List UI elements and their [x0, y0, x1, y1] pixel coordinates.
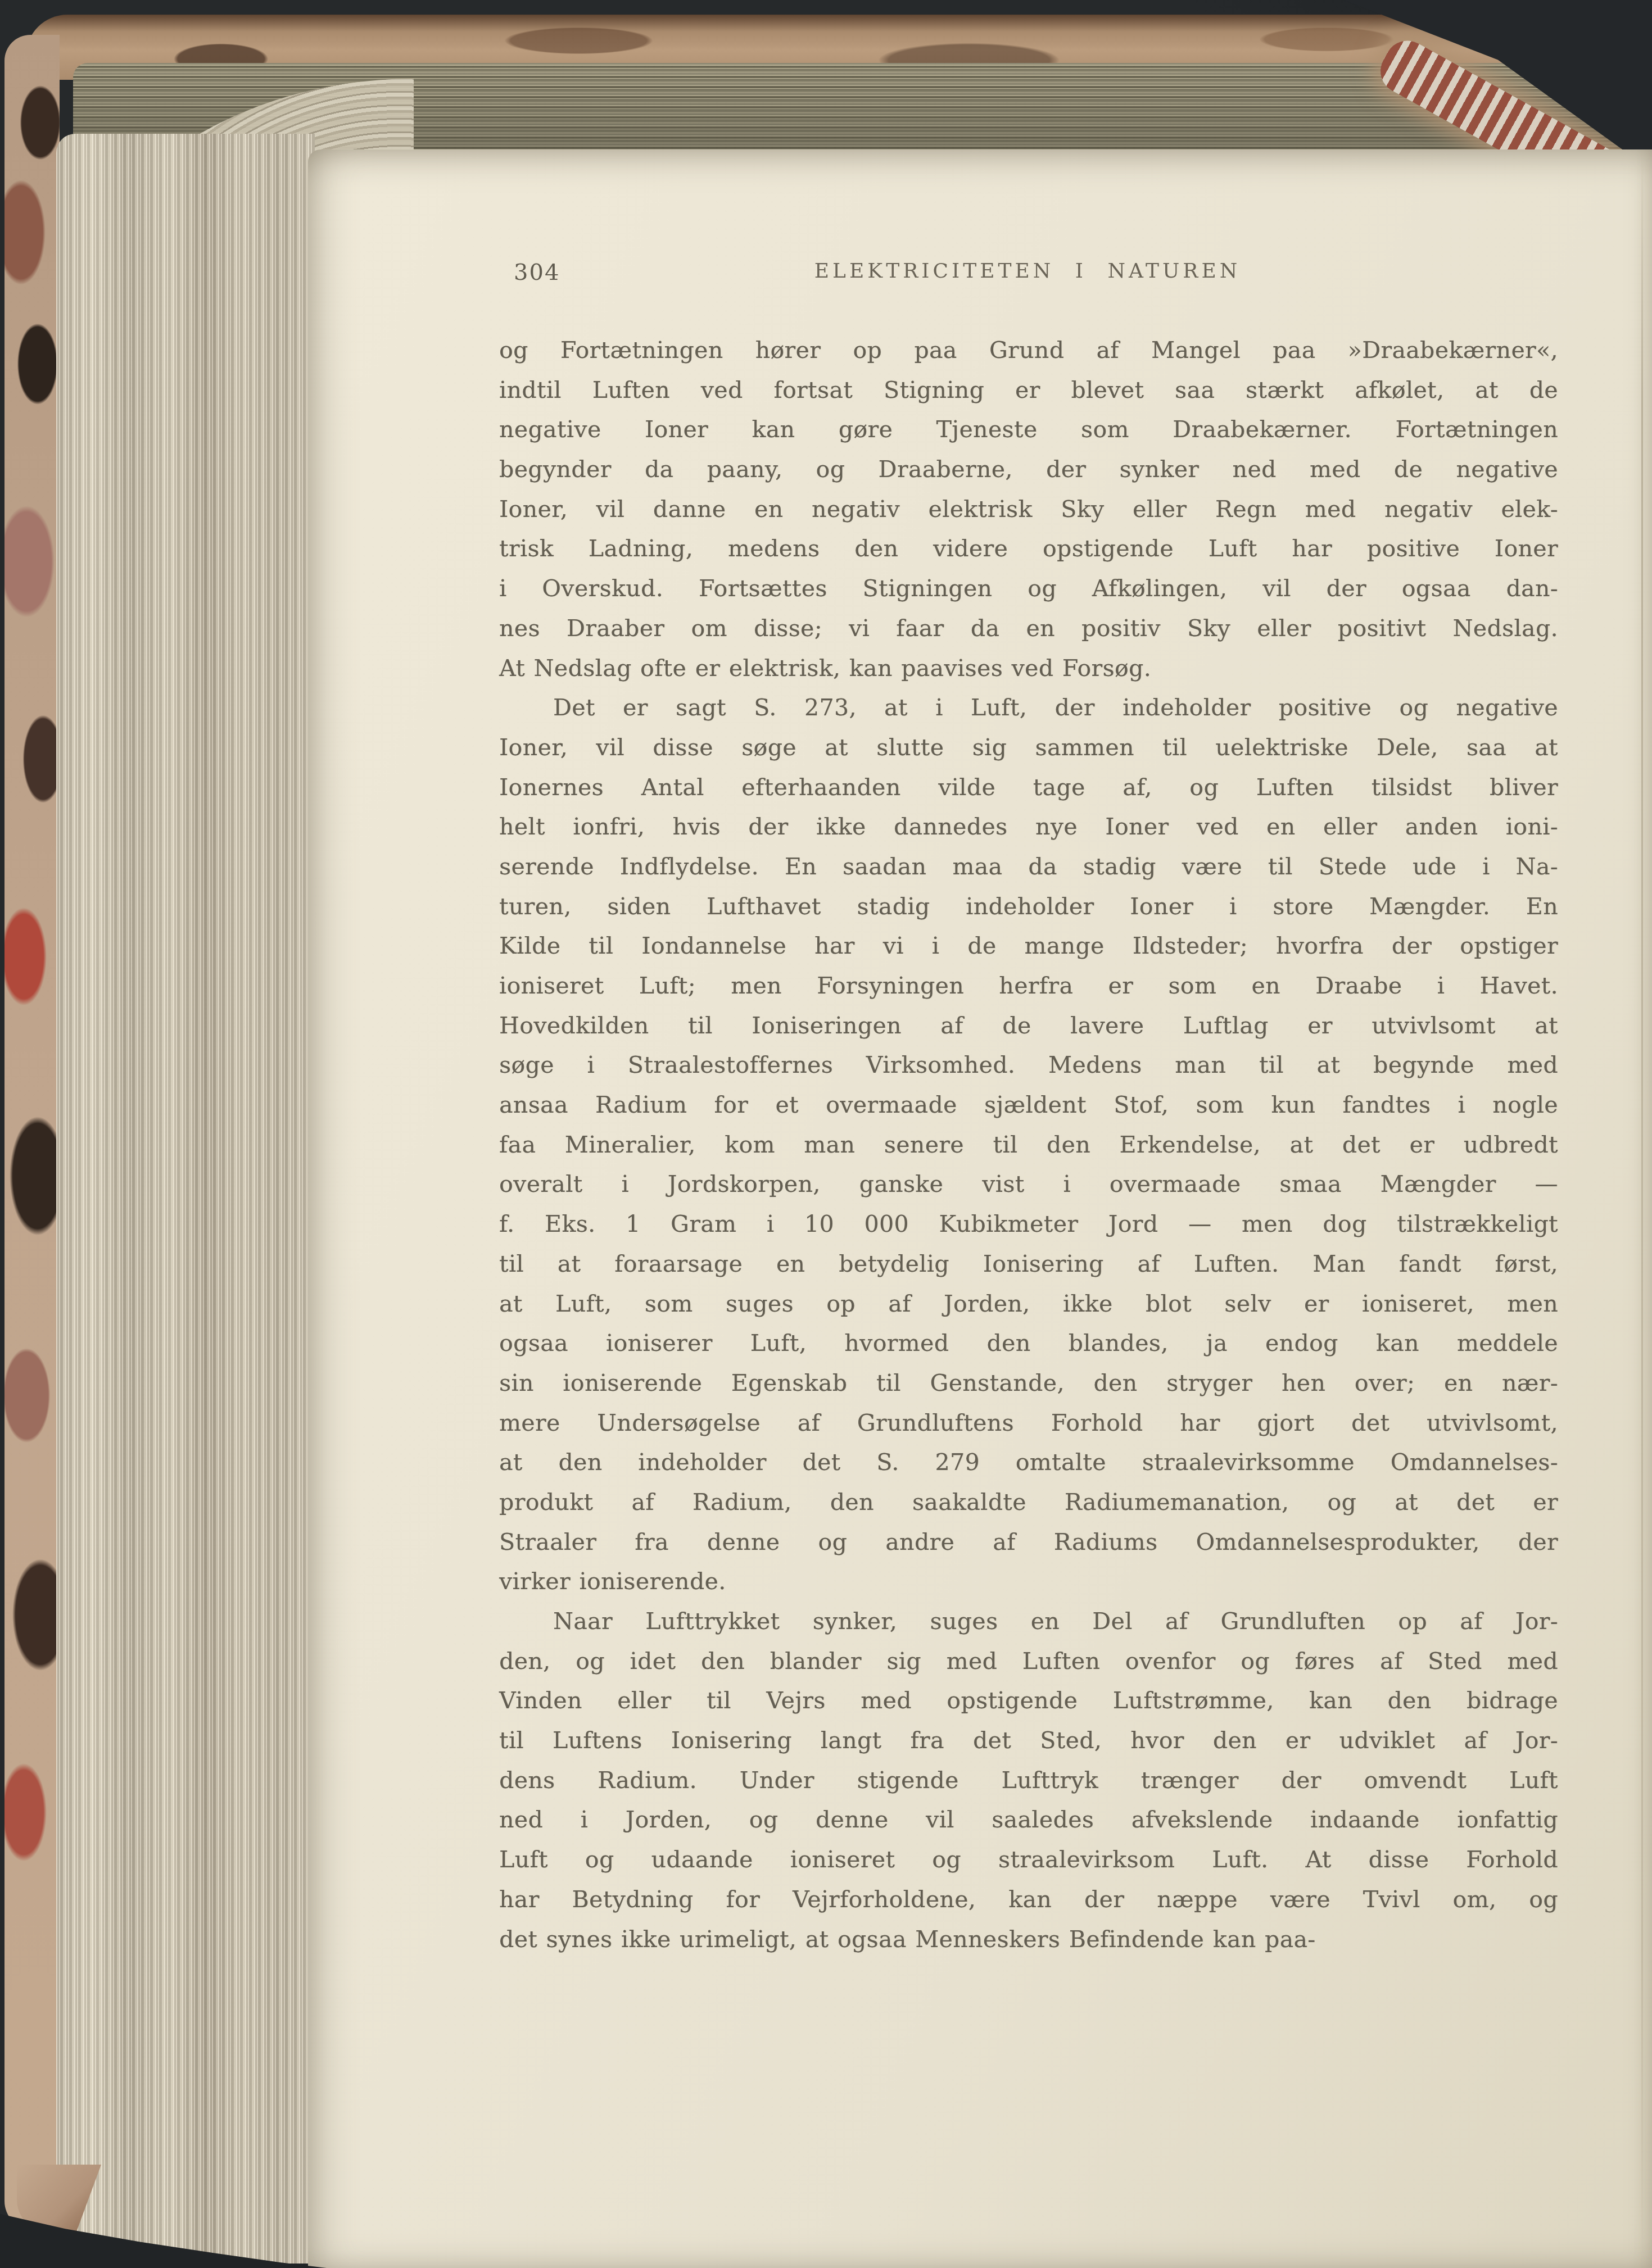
- text-line: søge i Straalestoffernes Virksomhed. Med…: [499, 1045, 1558, 1085]
- running-head: 304 ELEKTRICITETEN I NATUREN: [499, 260, 1556, 291]
- text-line: produkt af Radium, den saakaldte Radiume…: [499, 1482, 1558, 1522]
- text-line: Ioner, vil danne en negativ elektrisk Sk…: [499, 489, 1558, 529]
- book-photograph: 304 ELEKTRICITETEN I NATUREN og Fortætni…: [0, 0, 1652, 2268]
- text-line: Vinden eller til Vejrs med opstigende Lu…: [499, 1681, 1558, 1721]
- text-line: trisk Ladning, medens den videre opstige…: [499, 529, 1558, 569]
- text-line: til Luftens Ionisering langt fra det Ste…: [499, 1721, 1558, 1761]
- text-line: serende Indflydelse. En saadan maa da st…: [499, 847, 1558, 887]
- text-line: det synes ikke urimeligt, at ogsaa Menne…: [499, 1920, 1558, 1959]
- text-line: dens Radium. Under stigende Lufttryk træ…: [499, 1761, 1558, 1800]
- text-line: Det er sagt S. 273, at i Luft, der indeh…: [499, 688, 1558, 728]
- text-line: Ioner, vil disse søge at slutte sig samm…: [499, 728, 1558, 768]
- running-header-title: ELEKTRICITETEN I NATUREN: [499, 260, 1556, 283]
- text-line: Ionernes Antal efterhaanden vilde tage a…: [499, 768, 1558, 808]
- text-line: f. Eks. 1 Gram i 10 000 Kubikmeter Jord …: [499, 1204, 1558, 1244]
- text-line: har Betydning for Vejrforholdene, kan de…: [499, 1880, 1558, 1920]
- text-line: virker ioniserende.: [499, 1562, 1558, 1602]
- text-line: indtil Luften ved fortsat Stigning er bl…: [499, 370, 1558, 410]
- text-line: ansaa Radium for et overmaade sjældent S…: [499, 1085, 1558, 1125]
- text-line: nes Draaber om disse; vi faar da en posi…: [499, 609, 1558, 648]
- page-number: 304: [514, 260, 560, 285]
- text-line: negative Ioner kan gøre Tjeneste som Dra…: [499, 410, 1558, 450]
- book-cover-marbled-edge: [4, 35, 60, 2229]
- text-line: i Overskud. Fortsættes Stigningen og Afk…: [499, 569, 1558, 609]
- text-line: at Luft, som suges op af Jorden, ikke bl…: [499, 1284, 1558, 1324]
- text-line: til at foraarsage en betydelig Ioniserin…: [499, 1244, 1558, 1284]
- book-page: 304 ELEKTRICITETEN I NATUREN og Fortætni…: [308, 149, 1652, 2268]
- text-line: og Fortætningen hører op paa Grund af Ma…: [499, 330, 1558, 370]
- text-line: ned i Jorden, og denne vil saaledes afve…: [499, 1800, 1558, 1840]
- text-line: ogsaa ioniserer Luft, hvormed den blande…: [499, 1323, 1558, 1363]
- text-line: helt ionfri, hvis der ikke dannedes nye …: [499, 807, 1558, 847]
- text-line: Naar Lufttrykket synker, suges en Del af…: [499, 1602, 1558, 1641]
- text-line: at den indeholder det S. 279 omtalte str…: [499, 1443, 1558, 1482]
- text-line: Luft og udaande ioniseret og straalevirk…: [499, 1840, 1558, 1880]
- text-line: den, og idet den blander sig med Luften …: [499, 1641, 1558, 1681]
- text-block: og Fortætningen hører op paa Grund af Ma…: [499, 330, 1558, 1959]
- page-stack-fore-edges: [56, 134, 315, 2264]
- text-line: ioniseret Luft; men Forsyningen herfra e…: [499, 966, 1558, 1006]
- text-line: faa Mineralier, kom man senere til den E…: [499, 1125, 1558, 1165]
- text-line: Kilde til Iondannelse har vi i de mange …: [499, 926, 1558, 966]
- text-line: Hovedkilden til Ioniseringen af de laver…: [499, 1006, 1558, 1046]
- text-line: turen, siden Lufthavet stadig indeholder…: [499, 887, 1558, 927]
- text-line: Straaler fra denne og andre af Radiums O…: [499, 1522, 1558, 1562]
- text-line: sin ioniserende Egenskab til Genstande, …: [499, 1363, 1558, 1403]
- text-line: overalt i Jordskorpen, ganske vist i ove…: [499, 1164, 1558, 1204]
- text-line: begynder da paany, og Draaberne, der syn…: [499, 450, 1558, 489]
- text-line: mere Undersøgelse af Grundluftens Forhol…: [499, 1403, 1558, 1443]
- text-line: At Nedslag ofte er elektrisk, kan paavis…: [499, 648, 1558, 688]
